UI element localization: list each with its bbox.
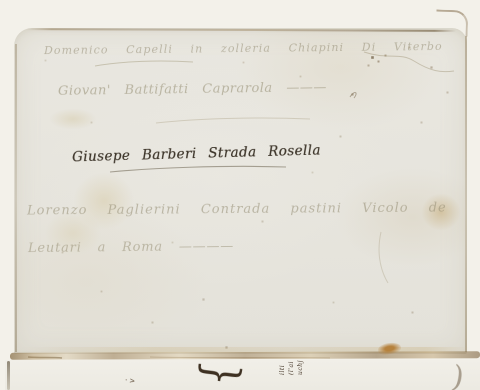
page-left-edge [15,44,17,352]
scribble-line: ilti [280,360,286,375]
stain-blob-upper-left [44,106,102,132]
page-bottom-deckled-edge [10,351,480,360]
scribble-line: (l'ai [289,360,295,375]
manuscript-photo: Domenico Capelli in zolleria Chiapini Di… [0,0,480,390]
scribble-line: uchj [298,360,304,375]
handwritten-entry-5: Leutari a Roma ———— [28,239,234,256]
tiny-pen-marks: ·> [125,376,138,386]
rotated-scribble-text: ilti (l'ai uchj [280,360,304,375]
foxing-speckles [0,0,1,1]
page-right-edge [465,36,467,352]
handwritten-entry-4: Lorenzo Paglierini Contrada pastini Vico… [27,201,447,219]
binding-gutter-line [7,361,10,390]
corner-stain-arc [436,9,469,36]
